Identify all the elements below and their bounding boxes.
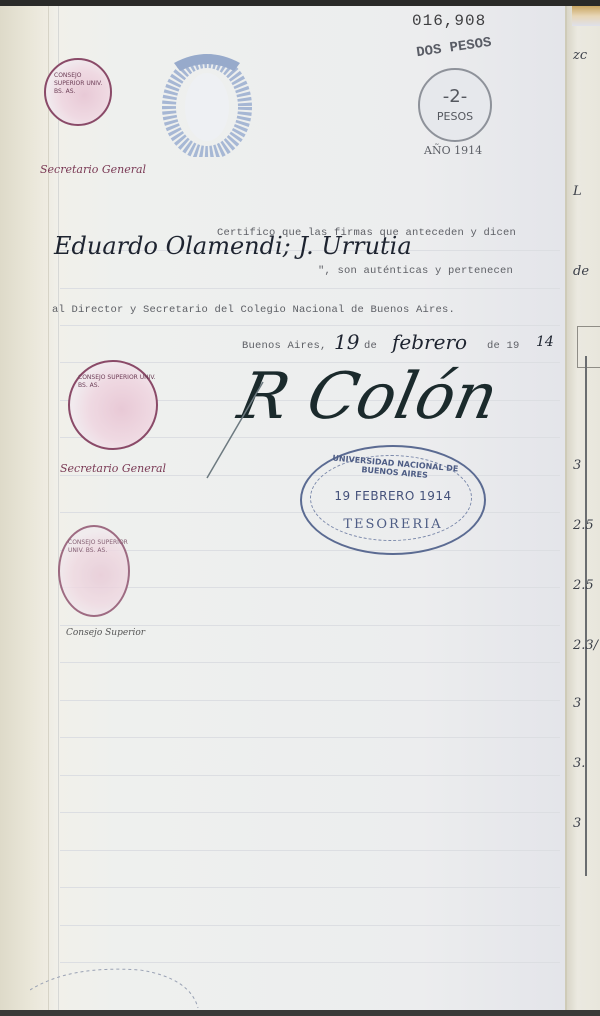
adjacent-table-header — [577, 326, 600, 368]
serial-number: 016,908 — [412, 12, 486, 30]
adjacent-mark: 2.5 — [573, 518, 594, 533]
revenue-stamp-unit: PESOS — [418, 110, 492, 123]
revenue-stamp-year: AÑO 1914 — [424, 144, 482, 157]
bottom-border — [0, 1010, 600, 1016]
margin-rule — [58, 6, 59, 1010]
tesoreria-stamp-date: 19 FEBRERO 1914 — [300, 489, 486, 503]
adjacent-mark: 3 — [573, 458, 581, 473]
adjacent-mark: L — [573, 184, 582, 199]
adjacent-mark: zc — [573, 48, 587, 63]
date-de-2: de 19 — [487, 340, 520, 352]
adjacent-column-line — [585, 356, 587, 876]
adjacent-mark: 2.5 — [573, 578, 594, 593]
ruled-line — [60, 812, 560, 813]
handwritten-names: Eduardo Olamendi; J. Urrutia — [54, 232, 412, 260]
ruled-line — [60, 325, 560, 326]
page-tab — [572, 6, 600, 26]
date-year-suffix: 14 — [536, 334, 554, 350]
certification-line-3: al Director y Secretario del Colegio Nac… — [52, 304, 455, 316]
certification-line-2: ", son auténticas y pertenecen — [318, 265, 513, 277]
seal-caption-3: Consejo Superior — [66, 628, 145, 638]
signature-flourish-icon — [205, 380, 265, 480]
tesoreria-stamp: UNIVERSIDAD NACIONAL DE BUENOS AIRES 19 … — [300, 445, 486, 555]
faint-stamp-trace-icon — [30, 960, 200, 1010]
ruled-line — [60, 925, 560, 926]
ruled-line — [60, 850, 560, 851]
adjacent-page-edge: zc L de 3 2.5 2.5 2.3/ 3 3. 3 — [565, 6, 600, 1010]
adjacent-mark: 3 — [573, 696, 581, 711]
ruled-line — [60, 288, 560, 289]
revenue-stamp: DOS PESOS -2- PESOS AÑO 1914 — [404, 40, 504, 160]
date-day: 19 — [334, 330, 359, 354]
ruled-line — [60, 625, 560, 626]
binding-edge — [0, 6, 49, 1010]
revenue-stamp-title: DOS PESOS — [403, 33, 504, 63]
document-page: 016,908 DOS PESOS -2- PESOS AÑO 1914 CON… — [0, 0, 600, 1016]
revenue-stamp-value: -2- — [418, 86, 492, 107]
university-seal-3: CONSEJO SUPERIOR UNIV. BS. AS. — [58, 525, 130, 617]
seal-caption-2: Secretario General — [60, 462, 166, 475]
adjacent-mark: 3. — [573, 756, 585, 771]
adjacent-mark: 3 — [573, 816, 581, 831]
adjacent-mark: 2.3/ — [573, 638, 598, 653]
wreath-emblem-icon — [162, 45, 252, 157]
tesoreria-stamp-label: TESORERIA — [300, 517, 486, 532]
ruled-line — [60, 662, 560, 663]
ruled-line — [60, 700, 560, 701]
adjacent-mark: de — [573, 264, 589, 279]
date-place: Buenos Aires, — [242, 340, 327, 352]
ruled-line — [60, 887, 560, 888]
seal-caption-1: Secretario General — [40, 163, 146, 176]
main-signature: R Colón — [232, 360, 504, 434]
ruled-line — [60, 587, 560, 588]
top-border — [0, 0, 600, 6]
ruled-line — [60, 737, 560, 738]
date-month: febrero — [392, 330, 467, 354]
university-seal-2: CONSEJO SUPERIOR UNIV. BS. AS. — [68, 360, 158, 450]
date-de-1: de — [364, 340, 377, 352]
ruled-line — [60, 775, 560, 776]
university-seal-1: CONSEJO SUPERIOR UNIV. BS. AS. — [44, 58, 112, 126]
